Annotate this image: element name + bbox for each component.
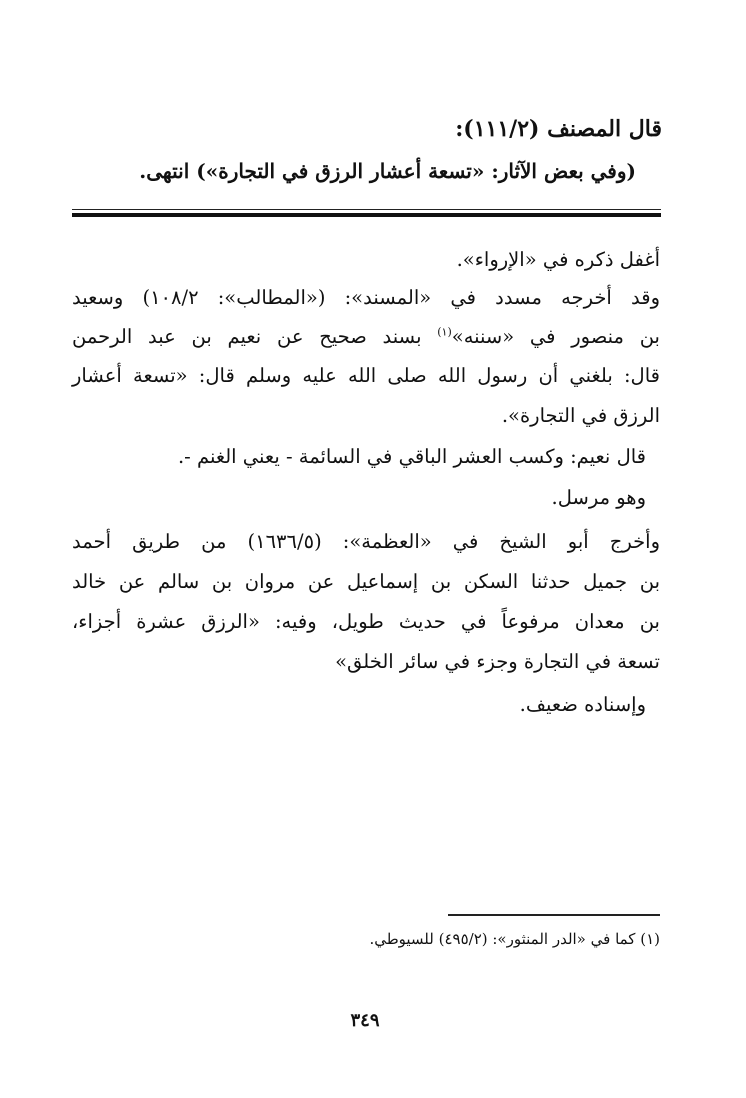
body-line-1: أغفل ذكره في «الإرواء». — [72, 248, 660, 271]
quoted-text: (وفي بعض الآثار: «تسعة أعشار الرزق في ال… — [139, 159, 636, 183]
book-page: قال المصنف (١١١/٢): (وفي بعض الآثار: «تس… — [0, 0, 746, 1098]
footnote-reference[interactable]: (١) — [437, 326, 452, 339]
body-line-4: قال: بلغني أن رسول الله صلى الله عليه وس… — [72, 364, 660, 387]
body-line-3: بن منصور في «سننه»(١) بسند صحيح عن نعيم … — [72, 325, 660, 348]
body-line-3-end: بسند صحيح عن نعيم بن عبد الرحمن — [72, 325, 422, 348]
body-line-7: وهو مرسل. — [72, 486, 646, 509]
divider-thick-line — [72, 213, 661, 217]
body-line-6: قال نعيم: وكسب العشر الباقي في السائمة -… — [72, 445, 646, 468]
page-number: ٣٤٩ — [340, 1010, 390, 1031]
body-line-3-start: بن منصور في «سننه» — [452, 325, 660, 348]
section-divider — [72, 209, 661, 218]
body-line-5: الرزق في التجارة». — [72, 404, 660, 427]
body-line-8: وأخرج أبو الشيخ في «العظمة»: (١٦٣٦/٥) من… — [72, 530, 660, 553]
body-line-12: وإسناده ضعيف. — [72, 693, 646, 716]
section-heading: قال المصنف (١١١/٢): — [455, 116, 662, 142]
body-line-2: وقد أخرجه مسدد في «المسند»: («المطالب»: … — [72, 286, 660, 309]
divider-thin-line — [72, 209, 661, 210]
footnote-1: (١) كما في «الدر المنثور»: (٤٩٥/٢) للسيو… — [369, 930, 660, 948]
body-line-11: تسعة في التجارة وجزء في سائر الخلق» — [72, 650, 660, 673]
body-line-10: بن معدان مرفوعاً في حديث طويل، وفيه: «ال… — [72, 610, 660, 633]
footnote-separator — [448, 914, 660, 916]
body-line-9: بن جميل حدثنا السكن بن إسماعيل عن مروان … — [72, 570, 660, 593]
